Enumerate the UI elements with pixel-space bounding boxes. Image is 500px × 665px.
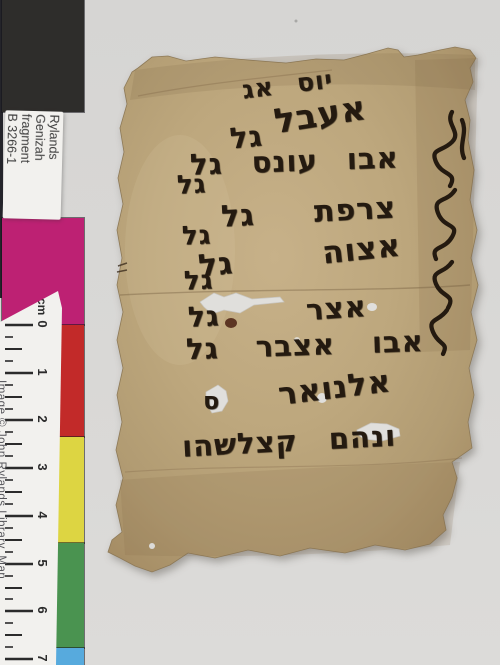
shelfmark-label: Rylands Genizah fragment B 3266-1: [3, 110, 64, 219]
label-line: fragment: [17, 114, 34, 216]
cm-ruler: cm 0 1 2 3 4 5 6 7 Image © John Rylands …: [0, 280, 64, 665]
ruler-number: 6: [34, 602, 50, 618]
hole: [294, 337, 300, 343]
hole: [149, 543, 155, 549]
shelfmark-label-text: Rylands Genizah fragment B 3266-1: [3, 110, 64, 219]
hole: [317, 393, 327, 403]
digitisation-photo-stage: יוס אג אעבל גל אבו עונס גל גל צרפת גל גל…: [0, 0, 500, 665]
parchment-shading: [125, 135, 235, 365]
ruler-ticks: [0, 280, 64, 665]
ruler-number: 3: [34, 459, 50, 475]
ruler-number: 4: [34, 507, 50, 523]
ruler-number: 0: [34, 316, 50, 332]
label-line: Rylands: [45, 114, 62, 216]
copyright-text: Image © John Rylands Library, Man: [0, 380, 7, 665]
ruler-number: 7: [34, 650, 50, 665]
color-patch-black: [2, 0, 84, 112]
hole: [367, 303, 377, 311]
label-line: Genizah: [31, 114, 48, 216]
ruler-number: 2: [34, 411, 50, 427]
copyright-text-clip: Image © John Rylands Library, Man: [0, 380, 9, 665]
background-speck: [295, 20, 298, 23]
ruler-number: 1: [34, 364, 50, 380]
ruler-number: 5: [34, 555, 50, 571]
ink-stain: [225, 318, 237, 328]
label-line: B 3266-1: [3, 113, 20, 215]
